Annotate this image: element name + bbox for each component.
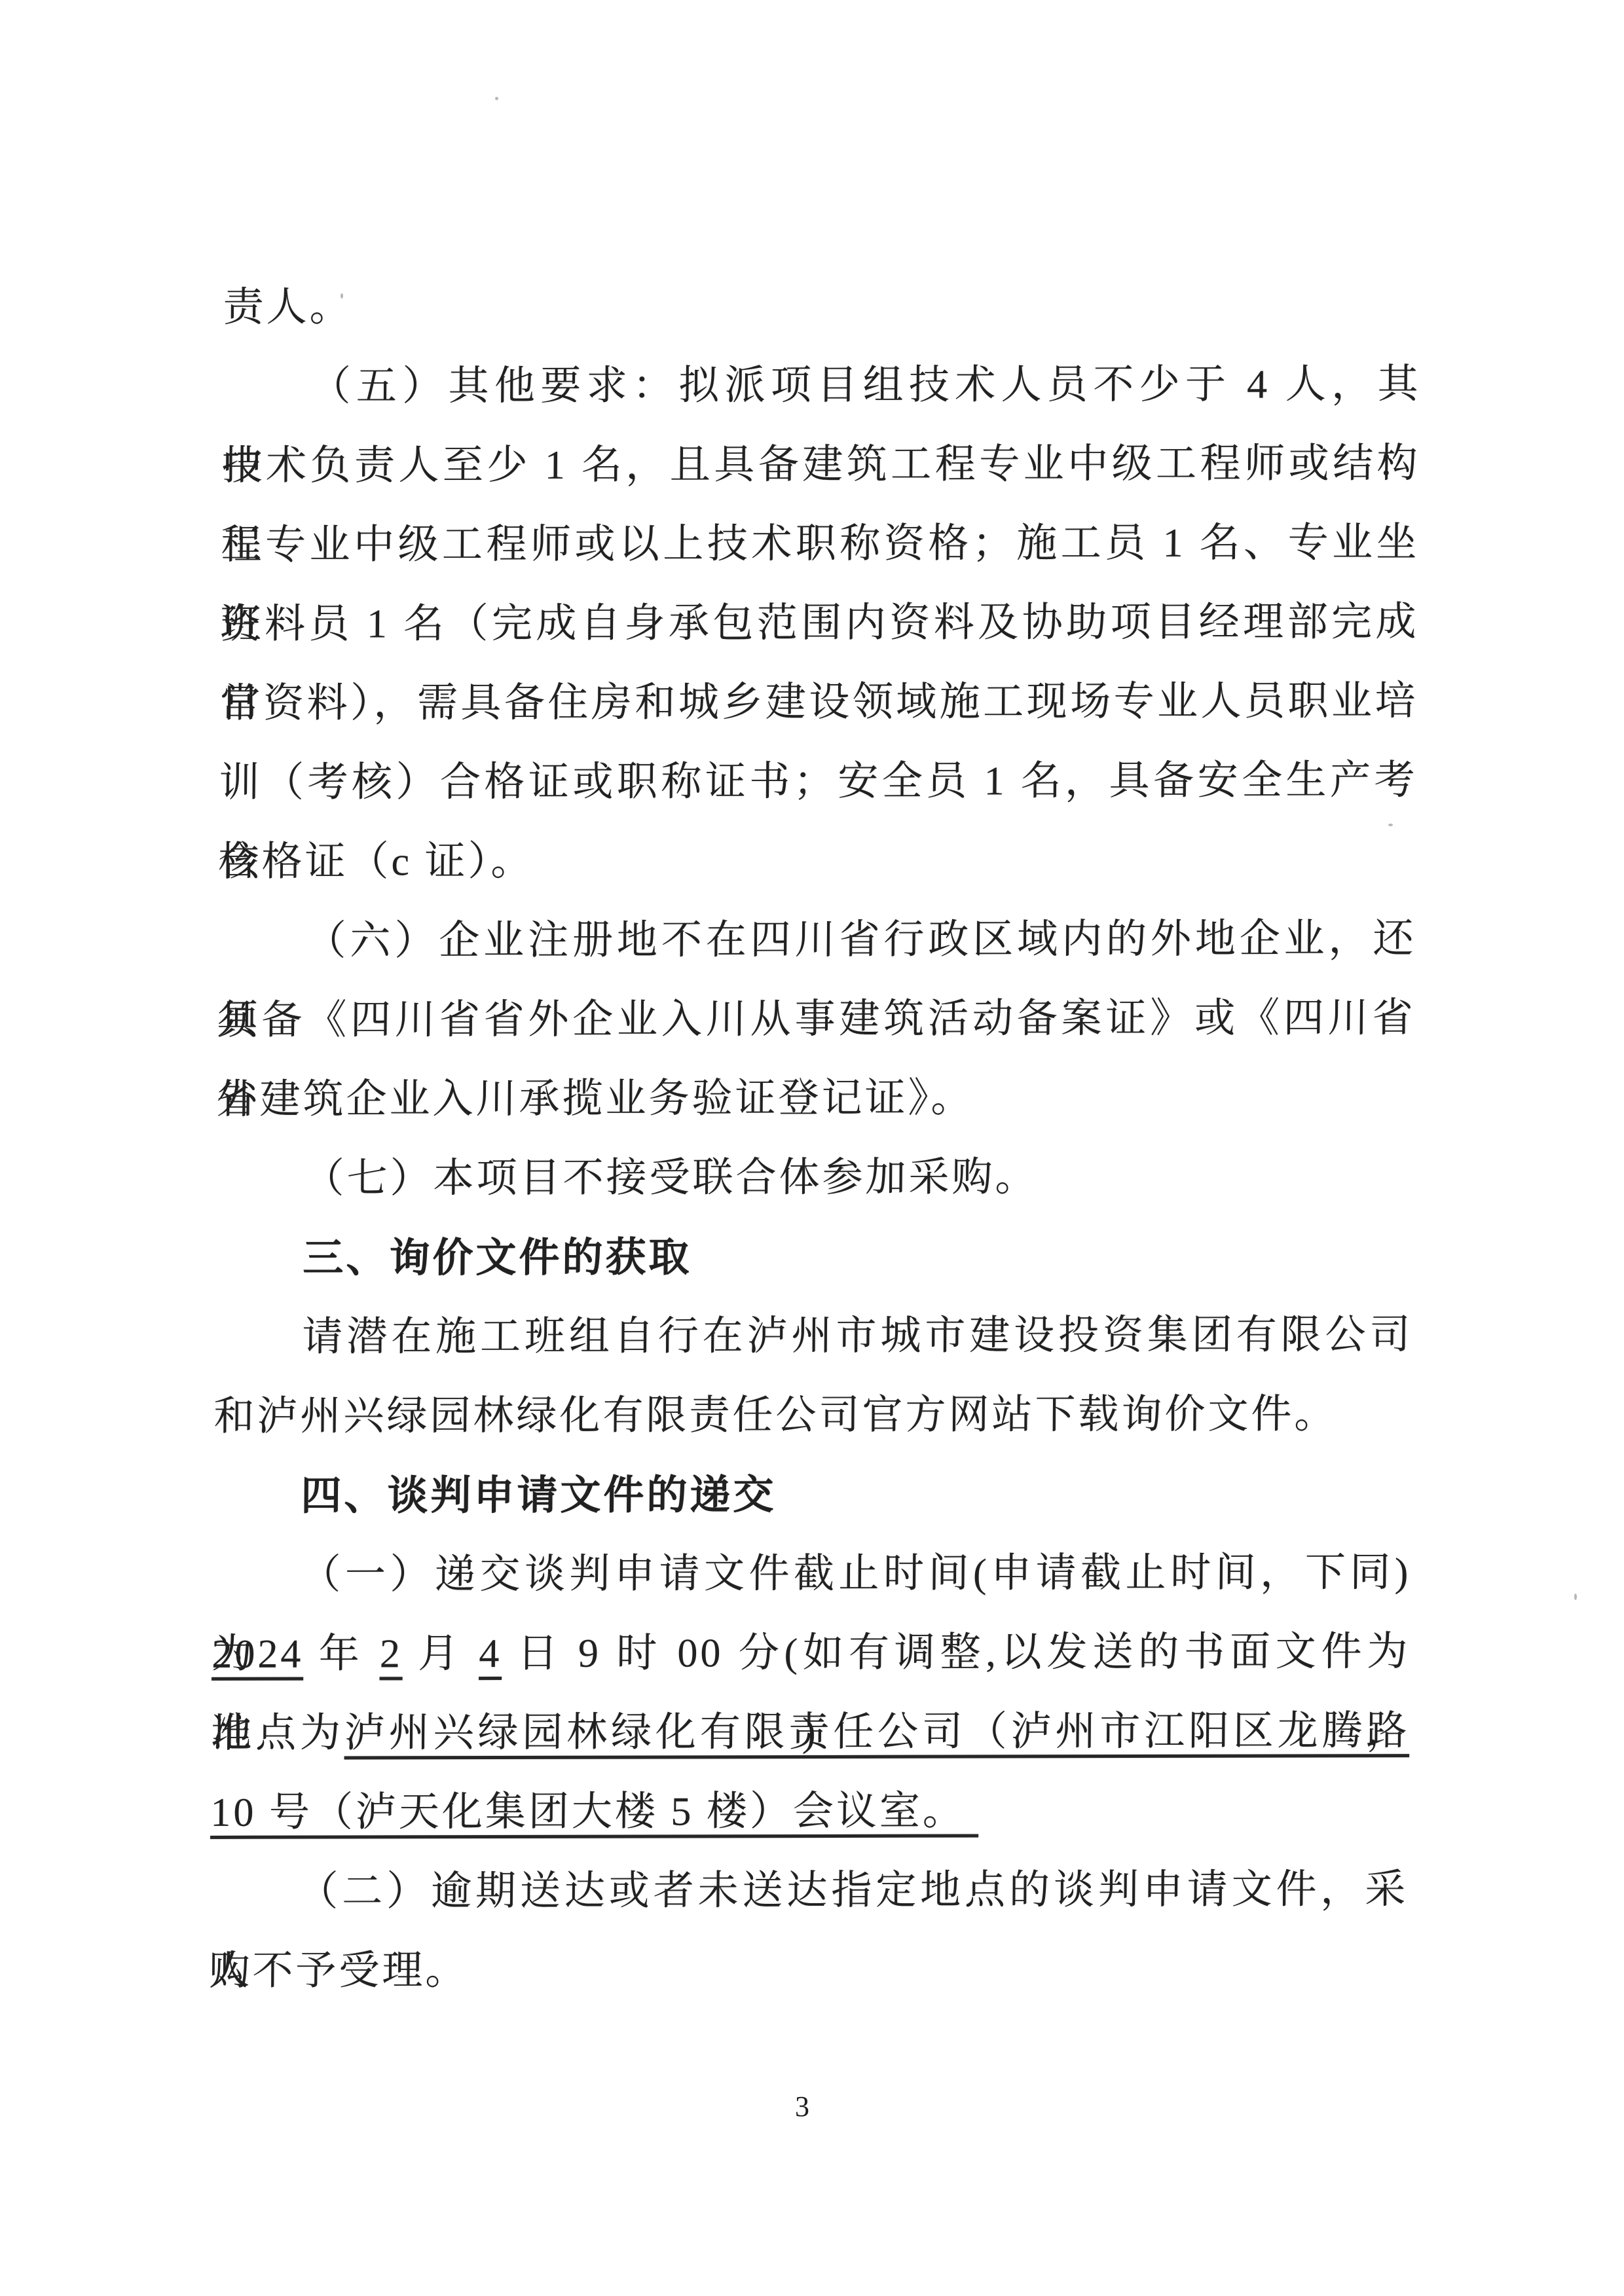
text-line: 外建筑企业入川承揽业务验证登记证》。 xyxy=(216,1058,1415,1140)
text-run: 合格证（c 证）。 xyxy=(218,839,534,884)
document-body: 责人。（五）其他要求：拟派项目组技术人员不少于 4 人，其中：技术负责人至少 1… xyxy=(209,266,1422,2011)
text-line: 人不予受理。 xyxy=(209,1929,1408,2011)
text-run: 责人。 xyxy=(223,285,353,329)
text-run: 常资料），需具备住房和城乡建设领域施工现场专业人员职业培 xyxy=(219,679,1418,726)
text-run: 地点为 xyxy=(211,1711,344,1756)
text-line: 常资料），需具备住房和城乡建设领域施工现场专业人员职业培 xyxy=(219,662,1418,744)
text-run: 请潜在施工班组自行在泸州市城市建设投资集团有限公司 xyxy=(302,1313,1413,1360)
text-run: 外建筑企业入川承揽业务验证登记证》。 xyxy=(216,1076,974,1121)
page-number: 3 xyxy=(0,2090,1614,2123)
text-line: （一）递交谈判申请文件截止时间(申请截止时间，下同)为 xyxy=(212,1533,1411,1615)
text-run: 三、询价文件的获取 xyxy=(303,1235,692,1281)
scan-speck xyxy=(495,97,498,100)
underlined-text: 2 xyxy=(380,1631,403,1676)
text-line: 训（考核）合格证或职称证书；安全员 1 名，具备安全生产考核 xyxy=(219,741,1418,823)
underlined-text: 2024 xyxy=(212,1632,304,1677)
text-line: 请潜在施工班组自行在泸州市城市建设投资集团有限公司 xyxy=(214,1296,1413,1377)
page-sheet: 责人。（五）其他要求：拟派项目组技术人员不少于 4 人，其中：技术负责人至少 1… xyxy=(0,0,1624,2296)
text-line: 2024 年 2 月 4 日 9 时 00 分(如有调整,以发送的书面文件为准)… xyxy=(212,1613,1411,1694)
scan-speck xyxy=(1574,1594,1577,1600)
text-run: 四、谈判申请文件的递交 xyxy=(301,1472,777,1519)
section-heading-line: 三、询价文件的获取 xyxy=(215,1216,1414,1298)
underlined-text: 10 号（泸天化集团大楼 5 楼）会议室。 xyxy=(210,1789,979,1834)
text-line: 10 号（泸天化集团大楼 5 楼）会议室。 xyxy=(210,1771,1409,1853)
text-run: 和泸州兴绿园林绿化有限责任公司官方网站下载询价文件。 xyxy=(213,1392,1338,1439)
scan-speck xyxy=(1388,824,1393,826)
scanned-document-screenshot: { "page": { "number": "3", "paper_color"… xyxy=(0,0,1624,2296)
underlined-text: 泸州兴绿园林绿化有限责任公司（泸州市江阳区龙腾路 xyxy=(344,1709,1410,1755)
scan-speck xyxy=(341,293,343,299)
text-run: （七）本项目不接受联合体参加采购。 xyxy=(303,1155,1039,1201)
text-run: 月 xyxy=(403,1631,479,1676)
text-line: 资料员 1 名（完成自身承包范围内资料及协助项目经理部完成日 xyxy=(220,583,1419,665)
text-line: 责人。 xyxy=(223,266,1422,348)
text-line: （七）本项目不接受联合体参加采购。 xyxy=(215,1137,1414,1219)
text-line: 合格证（c 证）。 xyxy=(218,820,1417,902)
text-line: 和泸州兴绿园林绿化有限责任公司官方网站下载询价文件。 xyxy=(213,1375,1412,1457)
text-line: （五）其他要求：拟派项目组技术人员不少于 4 人，其中： xyxy=(222,345,1421,427)
text-line: （二）逾期送达或者未送达指定地点的谈判申请文件，采购 xyxy=(210,1850,1409,1932)
section-heading-line: 四、谈判申请文件的递交 xyxy=(213,1454,1412,1536)
text-run: 人不予受理。 xyxy=(209,1948,469,1994)
text-run: 年 xyxy=(303,1631,380,1676)
text-line: 地点为泸州兴绿园林绿化有限责任公司（泸州市江阳区龙腾路 xyxy=(211,1692,1410,1774)
underlined-text: 4 xyxy=(479,1631,502,1676)
text-line: 程专业中级工程师或以上技术职称资格；施工员 1 名、专业坐班 xyxy=(221,503,1420,585)
text-line: 具备《四川省省外企业入川从事建筑活动备案证》或《四川省省 xyxy=(217,979,1416,1061)
text-line: （六）企业注册地不在四川省行政区域内的外地企业，还须 xyxy=(217,900,1416,981)
text-line: 技术负责人至少 1 名，且具备建筑工程专业中级工程师或结构工 xyxy=(221,424,1420,506)
